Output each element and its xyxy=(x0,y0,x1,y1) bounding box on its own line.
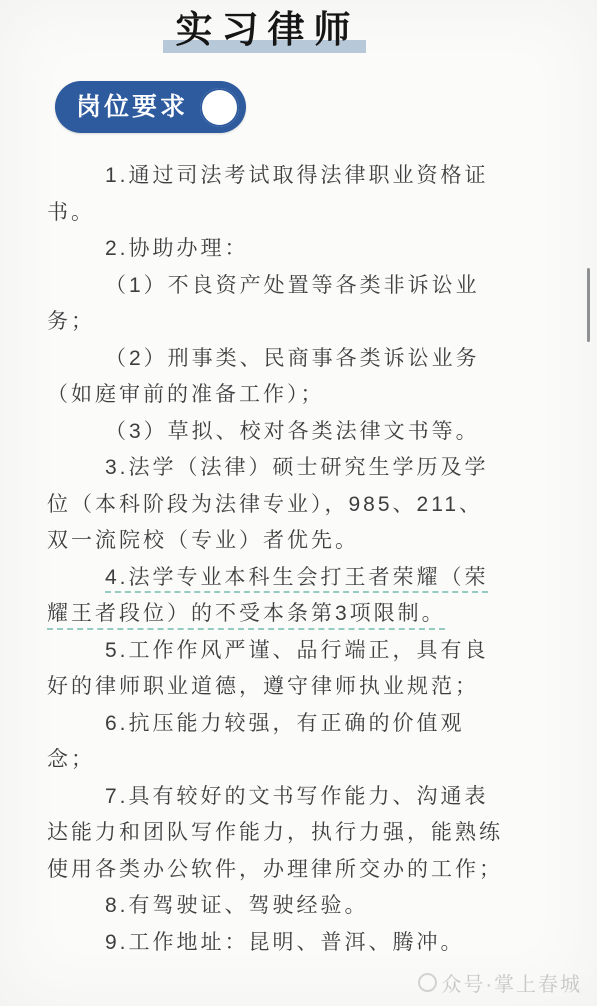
page-title: 实习律师 xyxy=(176,8,360,52)
requirement-item-1: 1.通过司法考试取得法律职业资格证书。 xyxy=(47,158,505,231)
requirement-item-9: 9.工作地址：昆明、普洱、腾冲。 xyxy=(47,925,505,962)
requirement-item-2-1: （1）不良资产处置等各类非诉讼业务； xyxy=(47,268,505,341)
watermark: 众号·掌上春城 xyxy=(418,968,582,997)
scrollbar-thumb[interactable] xyxy=(587,268,590,342)
requirement-item-6: 6.抗压能力较强，有正确的价值观念； xyxy=(47,706,505,779)
page-header: 实习律师 xyxy=(0,0,597,52)
section-badge-requirements: 岗位要求 xyxy=(55,81,246,133)
job-posting-page: 实习律师 岗位要求 1.通过司法考试取得法律职业资格证书。 2.协助办理： （1… xyxy=(0,0,597,1006)
badge-label: 岗位要求 xyxy=(76,95,200,120)
requirement-item-2-2: （2）刑事类、民商事各类诉讼业务（如庭审前的准备工作）； xyxy=(47,341,505,414)
watermark-logo-icon xyxy=(418,973,437,992)
watermark-text: 众号·掌上春城 xyxy=(441,968,582,997)
requirement-item-2-3: （3）草拟、校对各类法律文书等。 xyxy=(47,414,505,451)
requirement-item-2: 2.协助办理： xyxy=(47,231,505,268)
requirement-item-3: 3.法学（法律）硕士研究生学历及学位（本科阶段为法律专业），985、211、双一… xyxy=(47,450,505,560)
requirement-item-4-highlighted: 4.法学专业本科生会打王者荣耀（荣耀王者段位）的不受本条第3项限制。 xyxy=(47,560,505,633)
requirement-item-7: 7.具有较好的文书写作能力、沟通表达能力和团队写作能力，执行力强，能熟练使用各类… xyxy=(47,779,505,889)
badge-circle-icon xyxy=(200,88,239,127)
requirement-item-8: 8.有驾驶证、驾驶经验。 xyxy=(47,888,505,925)
requirements-list: 1.通过司法考试取得法律职业资格证书。 2.协助办理： （1）不良资产处置等各类… xyxy=(47,158,505,961)
requirement-item-5: 5.工作作风严谨、品行端正，具有良好的律师职业道德，遵守律师执业规范； xyxy=(47,633,505,706)
